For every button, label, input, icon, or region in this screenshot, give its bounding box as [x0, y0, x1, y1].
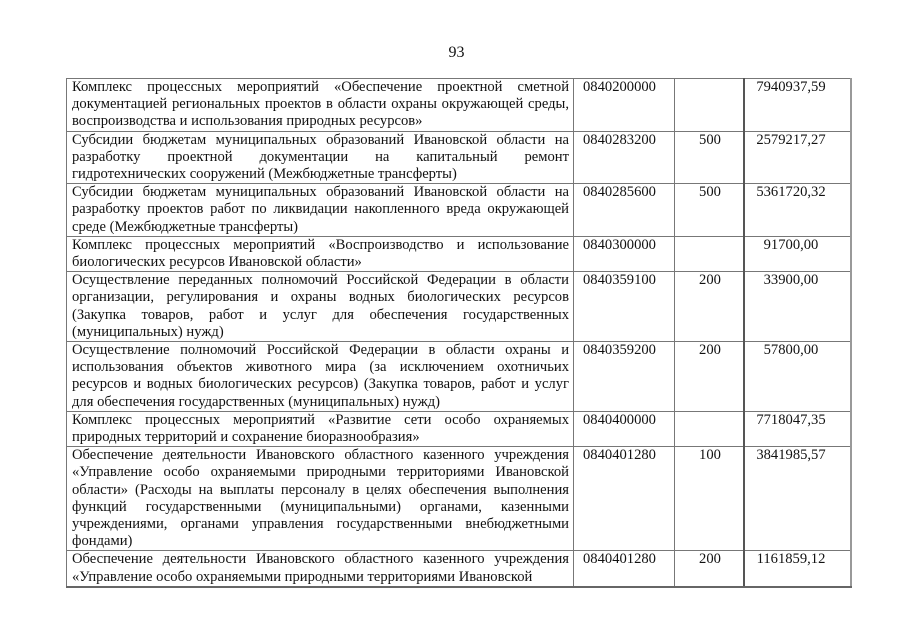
table-row: Комплекс процессных мероприятий «Развити…: [67, 411, 852, 446]
table-row: Осуществление полномочий Российской Феде…: [67, 342, 852, 412]
row-name: Субсидии бюджетам муниципальных образова…: [67, 184, 574, 237]
row-expense-type: 200: [675, 342, 745, 412]
row-amount: 57800,00: [744, 342, 851, 412]
row-expense-type: [675, 79, 745, 132]
row-code: 0840200000: [574, 79, 675, 132]
row-name: Субсидии бюджетам муниципальных образова…: [67, 131, 574, 184]
row-name: Осуществление переданных полномочий Росс…: [67, 272, 574, 342]
budget-table: Комплекс процессных мероприятий «Обеспеч…: [66, 78, 852, 588]
table-row: Субсидии бюджетам муниципальных образова…: [67, 131, 852, 184]
row-name: Комплекс процессных мероприятий «Развити…: [67, 411, 574, 446]
row-name: Комплекс процессных мероприятий «Обеспеч…: [67, 79, 574, 132]
row-expense-type: 500: [675, 131, 745, 184]
row-expense-type: [675, 411, 745, 446]
row-name: Обеспечение деятельности Ивановского обл…: [67, 447, 574, 551]
row-amount: 3841985,57: [744, 447, 851, 551]
table-row: Осуществление переданных полномочий Росс…: [67, 272, 852, 342]
row-code: 0840401280: [574, 447, 675, 551]
page-number: 93: [0, 44, 905, 62]
row-code: 0840283200: [574, 131, 675, 184]
row-name: Осуществление полномочий Российской Феде…: [67, 342, 574, 412]
row-code: 0840285600: [574, 184, 675, 237]
table-row: Обеспечение деятельности Ивановского обл…: [67, 551, 852, 587]
row-name: Комплекс процессных мероприятий «Воспрои…: [67, 236, 574, 271]
row-expense-type: 200: [675, 551, 745, 587]
table-row: Комплекс процессных мероприятий «Обеспеч…: [67, 79, 852, 132]
row-expense-type: 100: [675, 447, 745, 551]
row-code: 0840300000: [574, 236, 675, 271]
row-code: 0840359200: [574, 342, 675, 412]
row-name: Обеспечение деятельности Ивановского обл…: [67, 551, 574, 587]
row-expense-type: 500: [675, 184, 745, 237]
row-code: 0840400000: [574, 411, 675, 446]
row-amount: 5361720,32: [744, 184, 851, 237]
row-code: 0840401280: [574, 551, 675, 587]
table-row: Субсидии бюджетам муниципальных образова…: [67, 184, 852, 237]
row-amount: 91700,00: [744, 236, 851, 271]
row-amount: 2579217,27: [744, 131, 851, 184]
row-expense-type: 200: [675, 272, 745, 342]
table-row: Обеспечение деятельности Ивановского обл…: [67, 447, 852, 551]
row-amount: 7718047,35: [744, 411, 851, 446]
row-amount: 1161859,12: [744, 551, 851, 587]
table-row: Комплекс процессных мероприятий «Воспрои…: [67, 236, 852, 271]
row-expense-type: [675, 236, 745, 271]
row-code: 0840359100: [574, 272, 675, 342]
row-amount: 7940937,59: [744, 79, 851, 132]
row-amount: 33900,00: [744, 272, 851, 342]
